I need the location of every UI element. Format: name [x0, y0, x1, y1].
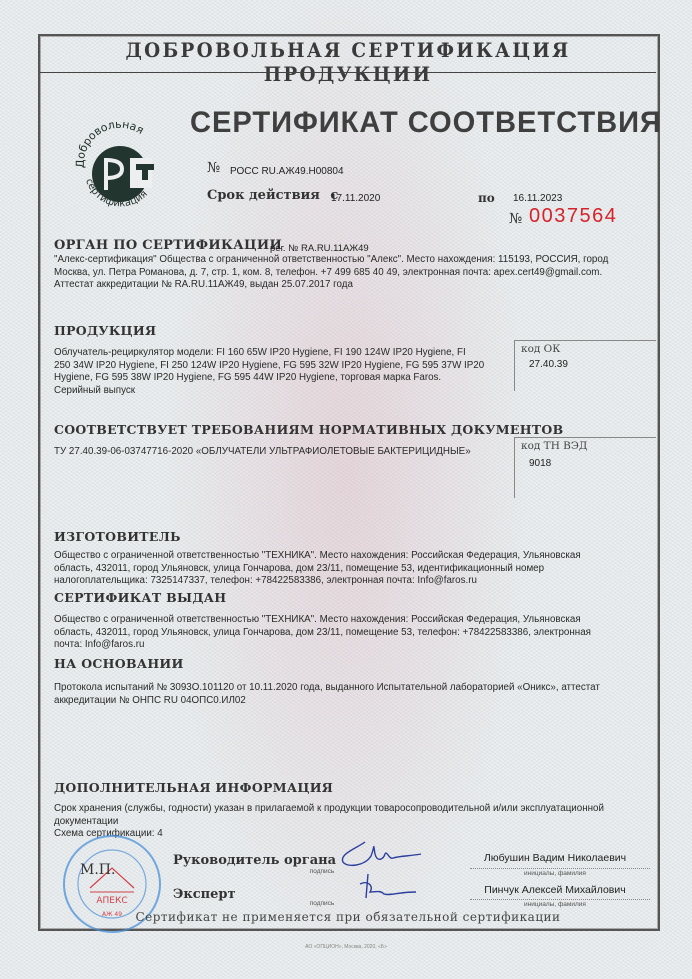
- expert-label: Эксперт: [173, 887, 236, 902]
- head-signature-icon: [335, 838, 425, 872]
- manufacturer-heading: ИЗГОТОВИТЕЛЬ: [54, 529, 181, 544]
- issued-to-heading: СЕРТИФИКАТ ВЫДАН: [54, 590, 226, 605]
- text-line: 250 34W IP20 Hygiene, FI 250 124W IP20 H…: [54, 360, 484, 373]
- text-line: Общество с ограниченной ответственностью…: [54, 614, 591, 627]
- ok-code-label: код ОК: [515, 341, 656, 355]
- text-line: область, 432011, город Ульяновск, улица …: [54, 563, 581, 576]
- rst-logo-icon: Добровольная сертификация: [70, 118, 170, 218]
- manufacturer-text: Общество с ограниченной ответственностью…: [54, 550, 581, 588]
- valid-to: 16.11.2023: [513, 193, 562, 204]
- product-text: Облучатель-рециркулятор модели: FI 160 6…: [54, 347, 484, 397]
- text-line: Облучатель-рециркулятор модели: FI 160 6…: [54, 347, 484, 360]
- text-line: почта: Info@faros.ru: [54, 639, 591, 652]
- name-line: [470, 899, 650, 900]
- text-line: Аттестат аккредитации № RA.RU.11АЖ49, вы…: [54, 279, 608, 292]
- product-heading: ПРОДУКЦИЯ: [54, 323, 156, 338]
- footer-note: Сертификат не применяется при обязательн…: [40, 910, 656, 924]
- text-line: налогоплательщика: 7325147337, телефон: …: [54, 575, 581, 588]
- issued-to-text: Общество с ограниченной ответственностью…: [54, 614, 591, 652]
- name-caption: инициалы, фамилия: [460, 901, 650, 908]
- main-title: СЕРТИФИКАТ СООТВЕТСТВИЯ: [190, 106, 662, 140]
- valid-from: 17.11.2020: [331, 193, 380, 204]
- svg-text:АПЕКС: АПЕКС: [96, 896, 127, 906]
- validity-text: Срок действия: [207, 188, 320, 203]
- text-line: Москва, ул. Петра Романова, д. 7, стр. 1…: [54, 267, 608, 280]
- text-line: Серийный выпуск: [54, 385, 484, 398]
- ok-code-value: 27.40.39: [515, 355, 656, 370]
- basis-text: Протокола испытаний № 3093О.101120 от 10…: [54, 682, 600, 707]
- basis-heading: НА ОСНОВАНИИ: [54, 656, 184, 671]
- number-label: №: [207, 160, 220, 176]
- cert-body-reg-no: рег. № RA.RU.11АЖ49: [270, 243, 369, 254]
- signature-caption: подпись: [262, 900, 382, 907]
- text-line: область, 432011, город Ульяновск, улица …: [54, 627, 591, 640]
- text-line: аккредитации № ОНПС RU 04ОПС0.ИЛ02: [54, 695, 600, 708]
- cert-body-heading: ОРГАН ПО СЕРТИФИКАЦИИ: [54, 238, 282, 253]
- text-line: документации: [54, 816, 604, 829]
- ok-code-box: код ОК 27.40.39: [514, 340, 656, 391]
- to-label: по: [478, 191, 495, 205]
- text-line: Протокола испытаний № 3093О.101120 от 10…: [54, 682, 600, 695]
- top-title: ДОБРОВОЛЬНАЯ СЕРТИФИКАЦИЯ ПРОДУКЦИИ: [63, 38, 633, 86]
- expert-signature-icon: [350, 872, 420, 902]
- text-line: Общество с ограниченной ответственностью…: [54, 550, 581, 563]
- print-info: АО «ОПЦИОН», Москва, 2020, «Б»: [0, 944, 692, 950]
- name-caption: инициалы, фамилия: [460, 870, 650, 877]
- additional-heading: ДОПОЛНИТЕЛЬНАЯ ИНФОРМАЦИЯ: [54, 780, 333, 795]
- conformity-heading: СООТВЕТСТВУЕТ ТРЕБОВАНИЯМ НОРМАТИВНЫХ ДО…: [54, 422, 563, 437]
- head-name: Любушин Вадим Николаевич: [460, 852, 650, 864]
- expert-name: Пинчук Алексей Михайлович: [460, 884, 650, 896]
- validity-label: Срок действия с: [207, 188, 338, 203]
- serial-label: №: [509, 211, 522, 227]
- conformity-text: ТУ 27.40.39-06-03747716-2020 «ОБЛУЧАТЕЛИ…: [54, 446, 471, 459]
- mp-label: М.П.: [80, 862, 115, 878]
- text-line: Hygiene, FG 595 38W IP20 Hygiene, FG 595…: [54, 372, 484, 385]
- text-line: Срок хранения (службы, годности) указан …: [54, 803, 604, 816]
- head-label: Руководитель органа: [173, 853, 336, 868]
- tnved-code-value: 9018: [515, 452, 656, 469]
- divider: [40, 72, 656, 73]
- text-line: "Алекс-сертификация" Общества с ограниче…: [54, 254, 608, 267]
- name-line: [470, 868, 650, 869]
- certificate-number: РОСС RU.АЖ49.Н00804: [230, 166, 344, 177]
- tnved-code-label: код ТН ВЭД: [515, 438, 656, 452]
- serial-number: 0037564: [529, 205, 617, 228]
- tnved-code-box: код ТН ВЭД 9018: [514, 437, 656, 498]
- cert-body-text: "Алекс-сертификация" Общества с ограниче…: [54, 254, 608, 292]
